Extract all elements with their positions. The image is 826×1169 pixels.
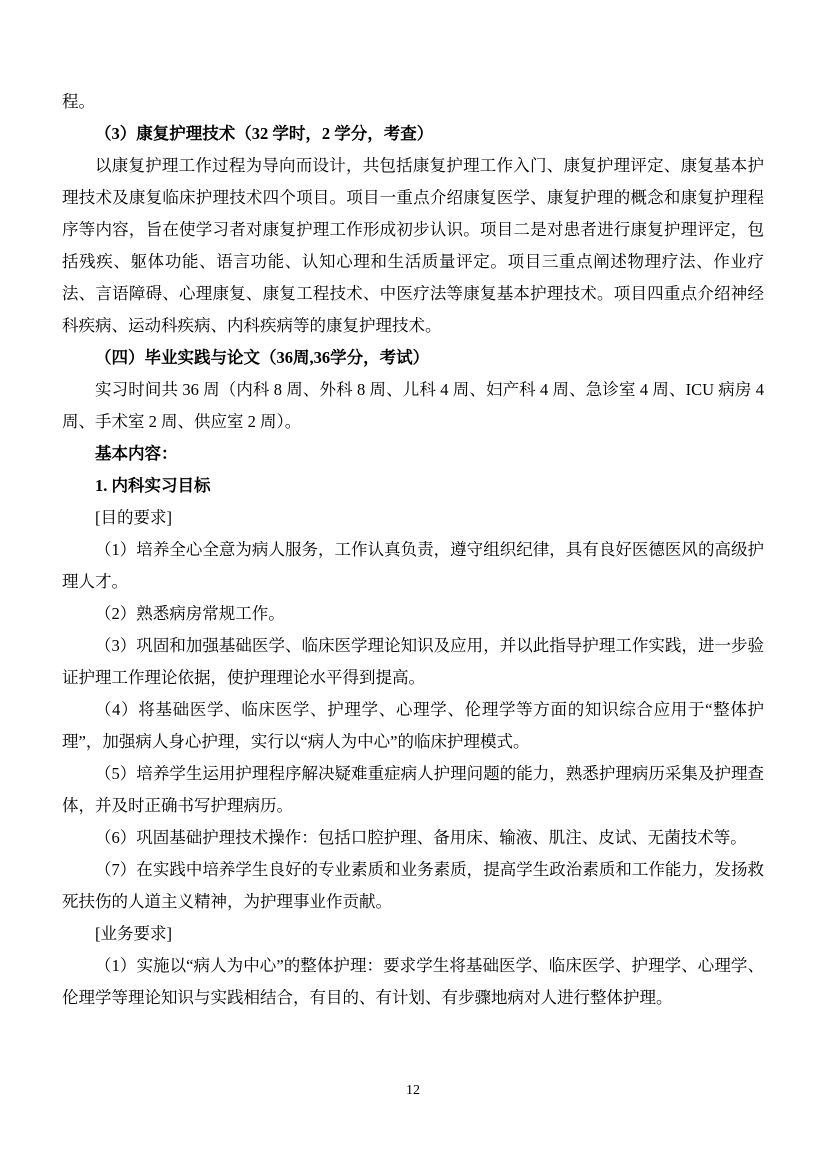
section-heading-rehab-nursing-tech: （3）康复护理技术（32 学时，2 学分，考查） — [62, 118, 764, 150]
section-heading-internal-medicine-goal: 1. 内科实习目标 — [62, 470, 764, 502]
paragraph: （5）培养学生运用护理程序解决疑难重症病人护理问题的能力，熟悉护理病历采集及护理… — [62, 758, 764, 822]
paragraph: （1）培养全心全意为病人服务，工作认真负责，遵守组织纪律，具有良好医德医风的高级… — [62, 534, 764, 598]
paragraph: （2）熟悉病房常规工作。 — [62, 598, 764, 630]
paragraph: （7）在实践中培养学生良好的专业素质和业务素质，提高学生政治素质和工作能力，发扬… — [62, 854, 764, 918]
paragraph: 实习时间共 36 周（内科 8 周、外科 8 周、儿科 4 周、妇产科 4 周、… — [62, 374, 764, 438]
document-page: 程。 （3）康复护理技术（32 学时，2 学分，考查） 以康复护理工作过程为导向… — [0, 0, 826, 1169]
subheading-business-requirements: [业务要求] — [62, 918, 764, 950]
document-body: 程。 （3）康复护理技术（32 学时，2 学分，考查） 以康复护理工作过程为导向… — [62, 86, 764, 1014]
subheading-purpose-requirements: [目的要求] — [62, 502, 764, 534]
paragraph: （6）巩固基础护理技术操作：包括口腔护理、备用床、输液、肌注、皮试、无菌技术等。 — [62, 822, 764, 854]
paragraph-continuation: 程。 — [62, 86, 764, 118]
paragraph: （3）巩固和加强基础医学、临床医学理论知识及应用，并以此指导护理工作实践，进一步… — [62, 630, 764, 694]
paragraph: 以康复护理工作过程为导向而设计，共包括康复护理工作入门、康复护理评定、康复基本护… — [62, 150, 764, 342]
page-number: 12 — [0, 1081, 826, 1101]
section-heading-graduation-practice: （四）毕业实践与论文（36周,36学分，考试） — [62, 342, 764, 374]
paragraph: （1）实施以“病人为中心”的整体护理：要求学生将基础医学、临床医学、护理学、心理… — [62, 950, 764, 1014]
section-heading-basic-content: 基本内容： — [62, 438, 764, 470]
paragraph: （4）将基础医学、临床医学、护理学、心理学、伦理学等方面的知识综合应用于“整体护… — [62, 694, 764, 758]
